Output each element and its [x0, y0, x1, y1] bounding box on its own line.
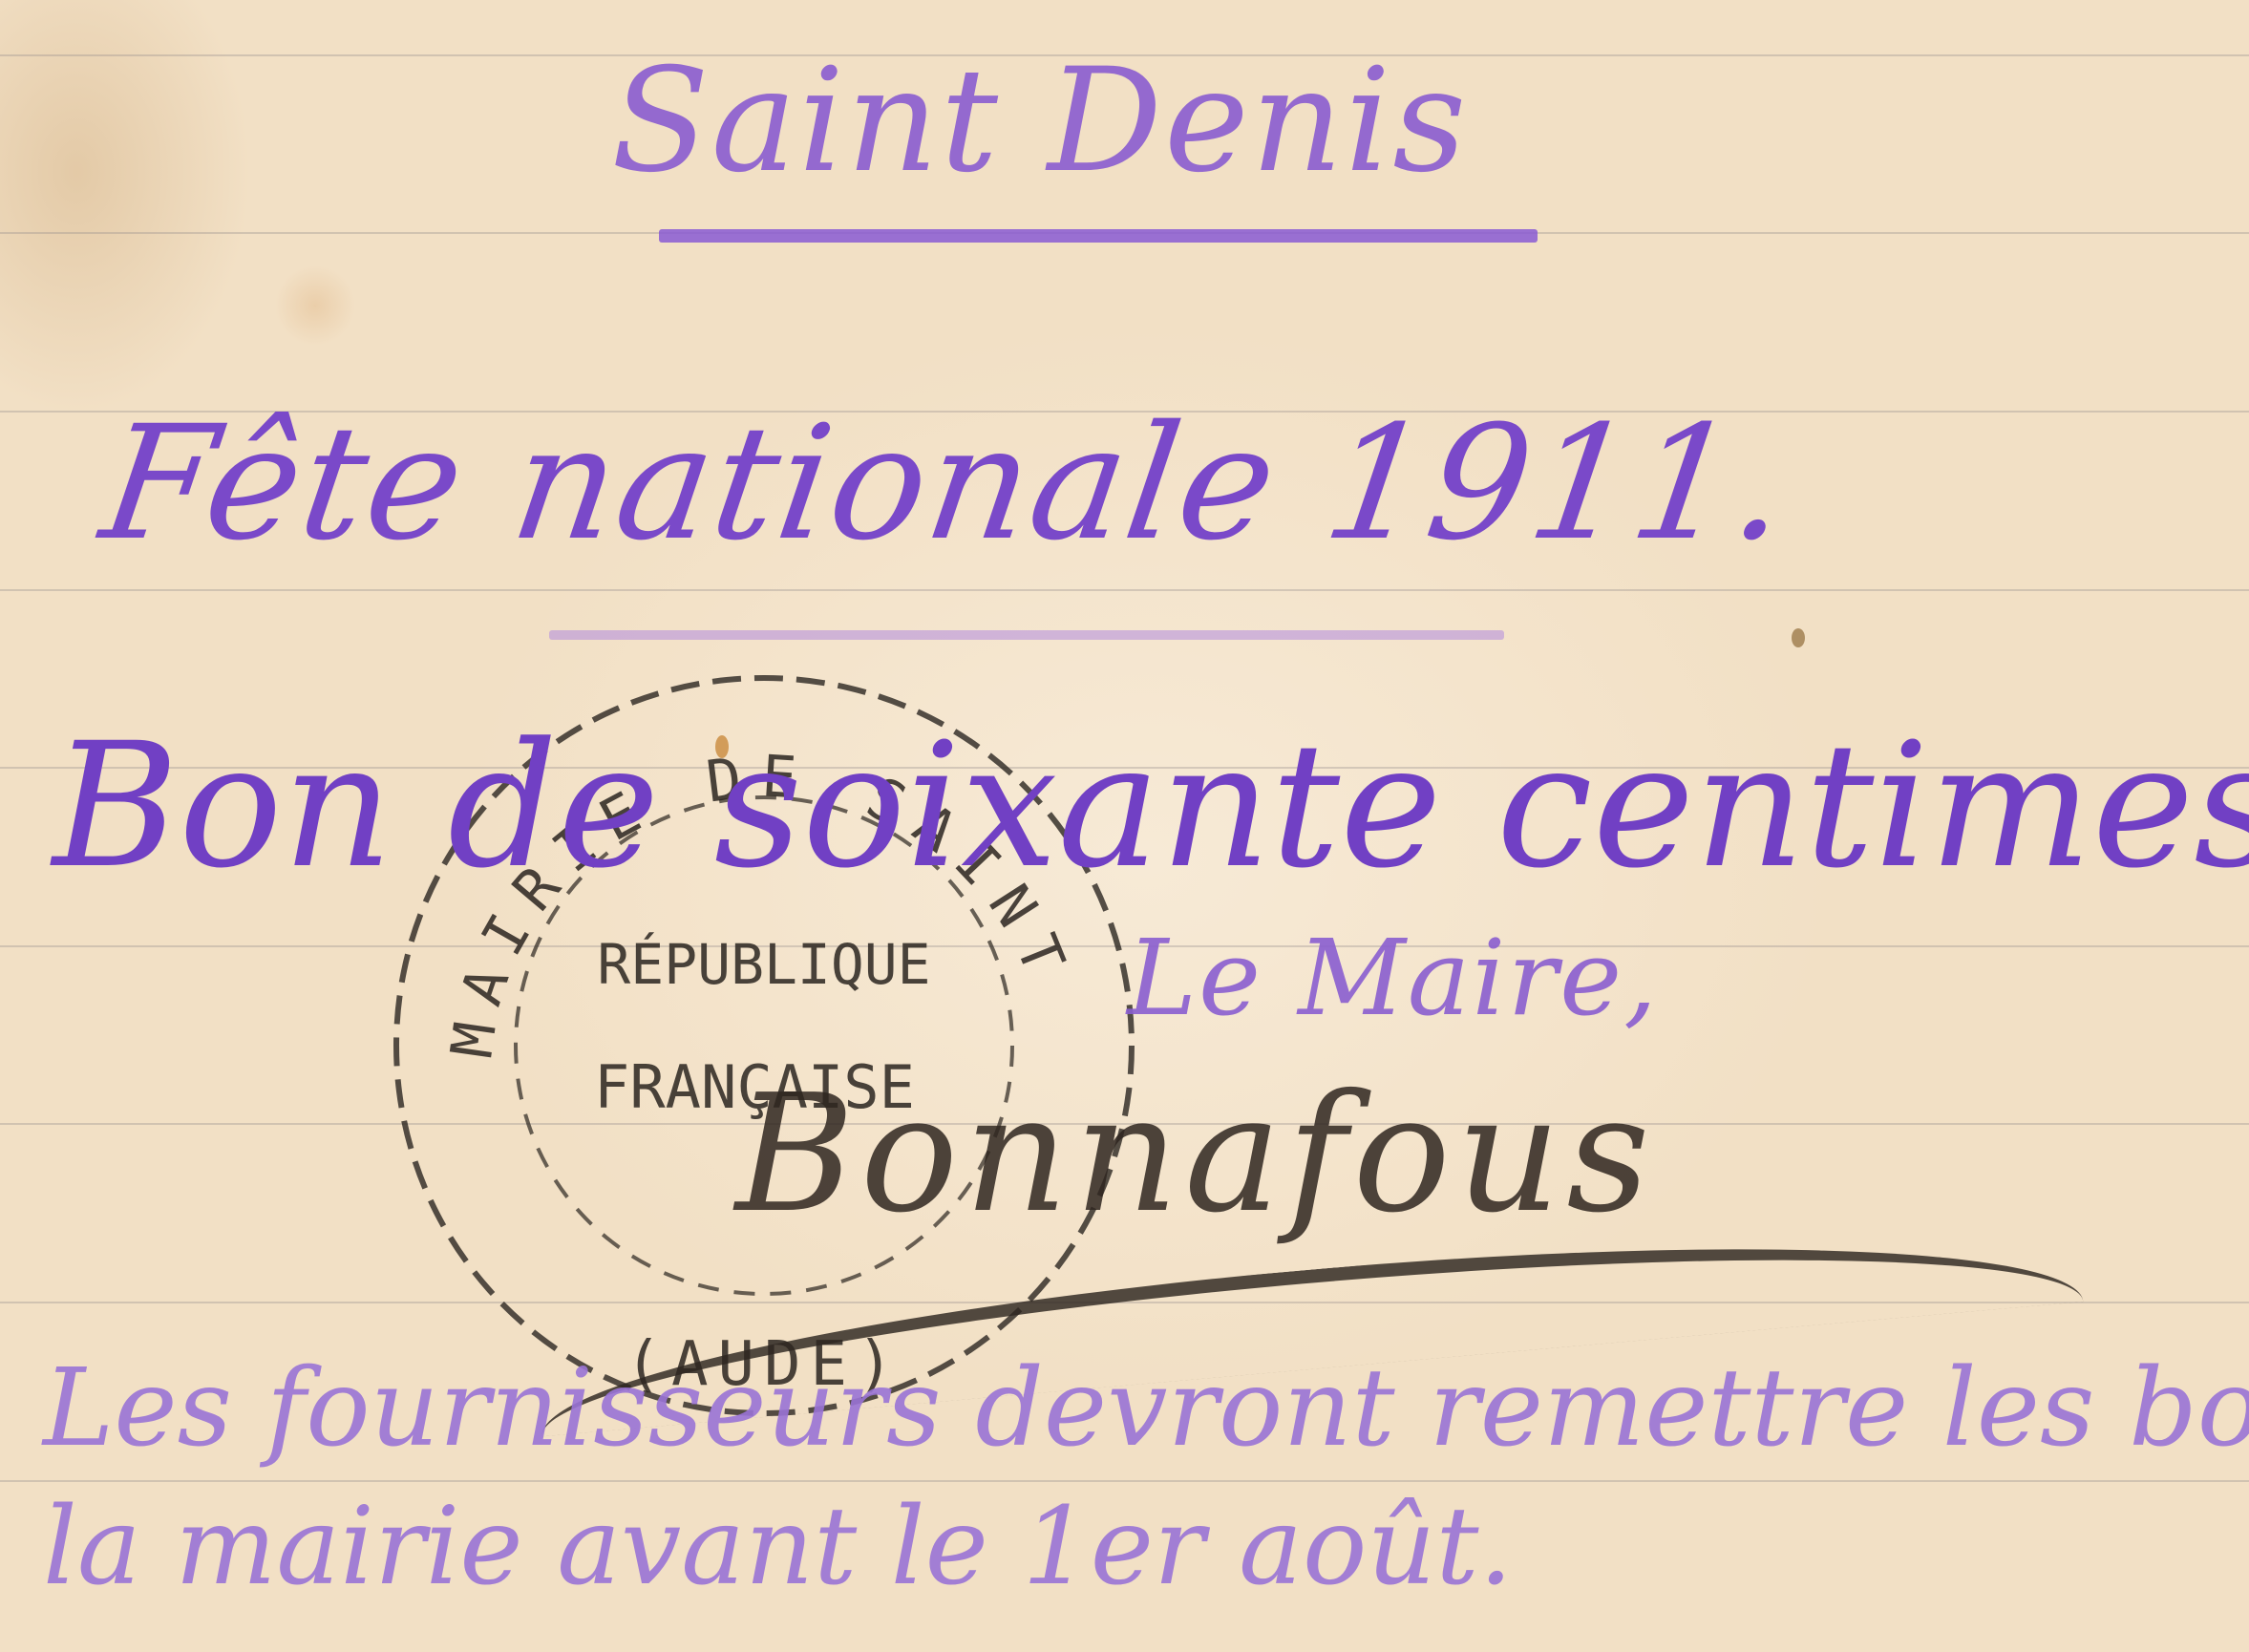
- ruled-line: [0, 1480, 2249, 1482]
- stamp-center-line1: RÉPUBLIQUE: [597, 931, 930, 997]
- foxing-stain: [1792, 628, 1805, 647]
- notice-line-1: Les fournisseurs devront remettre les bo…: [43, 1346, 2249, 1471]
- voucher-document: Saint Denis Fête nationale 1911. MAIRIE …: [0, 0, 2249, 1652]
- event-heading: Fête nationale 1911.: [93, 392, 1801, 575]
- mayor-signature: Bonnafous: [735, 1060, 1656, 1249]
- notice-line-2: la mairie avant le 1er août.: [43, 1485, 1513, 1609]
- ruled-line: [0, 589, 2249, 591]
- heading-underline: [549, 630, 1504, 640]
- voucher-amount-text: Bon de soixante centimes: [53, 707, 2249, 906]
- town-title: Saint Denis: [611, 38, 1468, 204]
- title-underline: [659, 229, 1538, 243]
- mayor-label: Le Maire,: [1127, 917, 1659, 1039]
